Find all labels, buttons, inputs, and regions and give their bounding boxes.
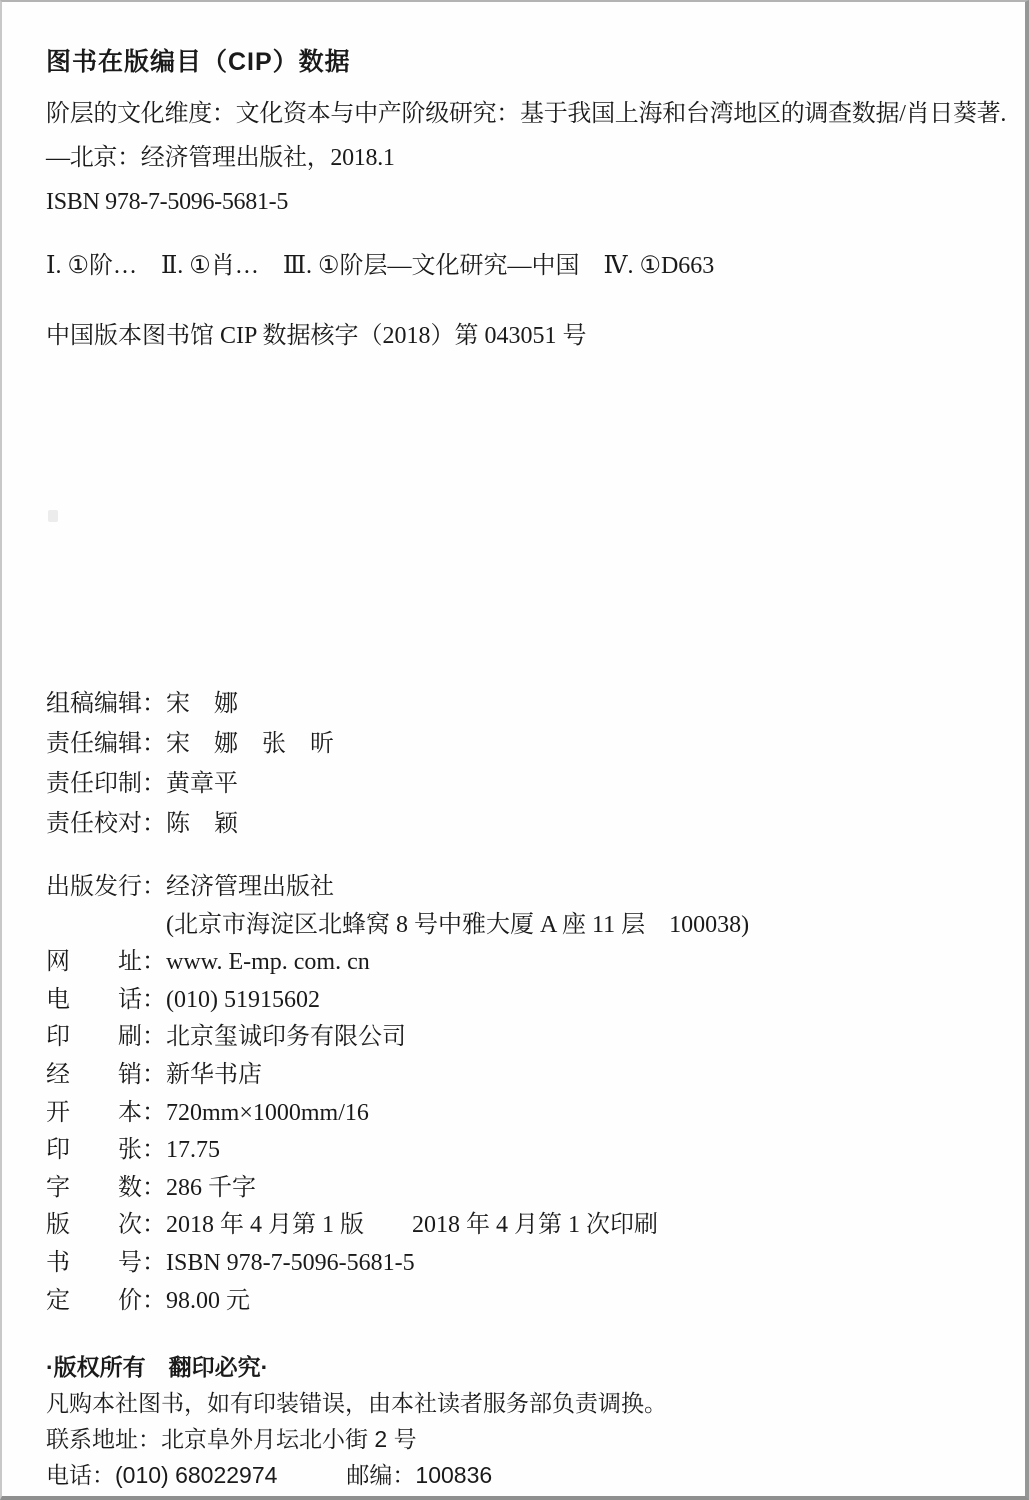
cip-description-line1: 阶层的文化维度：文化资本与中产阶级研究：基于我国上海和台湾地区的调查数据/肖日葵…	[46, 92, 987, 136]
editor-value: 宋 娜	[166, 690, 238, 717]
publication-label: 电 话：	[46, 987, 166, 1013]
publication-value: 经济管理出版社	[166, 874, 334, 900]
publication-value: 北京玺诚印务有限公司	[166, 1024, 406, 1050]
publication-row-publisher-address: (北京市海淀区北蜂窝 8 号中雅大厦 A 座 11 层 100038)	[46, 907, 987, 945]
publication-row-website: 网 址：www. E-mp. com. cn	[46, 944, 987, 982]
scan-artifact-dot	[48, 510, 58, 522]
publication-label: 经 销：	[46, 1062, 166, 1088]
editor-row-proofreader: 责任校对：陈 颖	[46, 804, 987, 844]
editor-value: 陈 颖	[166, 810, 238, 837]
cip-description: 阶层的文化维度：文化资本与中产阶级研究：基于我国上海和台湾地区的调查数据/肖日葵…	[46, 92, 987, 224]
editor-row-responsible-editor: 责任编辑：宋 娜 张 昕	[46, 724, 987, 764]
publication-value: 2018 年 4 月第 1 版 2018 年 4 月第 1 次印刷	[166, 1212, 658, 1238]
publication-label: 出版发行：	[46, 874, 166, 900]
editors-section: 组稿编辑：宋 娜 责任编辑：宋 娜 张 昕 责任印制：黄章平 责任校对：陈 颖	[46, 684, 987, 844]
contact-phone-line: 电话：(010) 68022974 邮编：100836	[46, 1457, 987, 1493]
publication-info-section: 出版发行：经济管理出版社 (北京市海淀区北蜂窝 8 号中雅大厦 A 座 11 层…	[46, 869, 987, 1320]
cip-record-number-line: 中国版本图书馆 CIP 数据核字（2018）第 043051 号	[46, 316, 987, 356]
editor-label: 组稿编辑：	[46, 690, 166, 717]
cip-isbn-line: ISBN 978-7-5096-5681-5	[46, 180, 987, 224]
cip-heading: 图书在版编目（CIP）数据	[46, 47, 987, 77]
contact-address: 联系地址：北京阜外月坛北小街 2 号	[46, 1421, 987, 1457]
publication-row-publisher: 出版发行：经济管理出版社	[46, 869, 987, 907]
publication-row-distributor: 经 销：新华书店	[46, 1057, 987, 1095]
publication-value: 286 千字	[166, 1175, 256, 1201]
publication-label: 字 数：	[46, 1175, 166, 1201]
publication-value: (北京市海淀区北蜂窝 8 号中雅大厦 A 座 11 层 100038)	[46, 912, 749, 938]
publication-value: ISBN 978-7-5096-5681-5	[166, 1250, 415, 1276]
publication-label: 书 号：	[46, 1250, 166, 1276]
publication-label: 版 次：	[46, 1212, 166, 1238]
editor-row-print-supervisor: 责任印制：黄章平	[46, 764, 987, 804]
publication-value: 新华书店	[166, 1062, 262, 1088]
publication-row-phone: 电 话：(010) 51915602	[46, 982, 987, 1020]
cip-description-line2: —北京：经济管理出版社，2018.1	[46, 136, 987, 180]
publication-row-isbn: 书 号：ISBN 978-7-5096-5681-5	[46, 1245, 987, 1283]
publication-value: (010) 51915602	[166, 987, 320, 1013]
publication-row-format: 开 本：720mm×1000mm/16	[46, 1095, 987, 1133]
editor-label: 责任校对：	[46, 810, 166, 837]
publication-row-printer: 印 刷：北京玺诚印务有限公司	[46, 1019, 987, 1057]
cip-classification-line: Ⅰ. ①阶… Ⅱ. ①肖… Ⅲ. ①阶层—文化研究—中国 Ⅳ. ①D663	[46, 246, 987, 286]
copyright-page: 图书在版编目（CIP）数据 阶层的文化维度：文化资本与中产阶级研究：基于我国上海…	[0, 0, 1029, 1500]
publication-value: 17.75	[166, 1137, 220, 1163]
publication-row-price: 定 价：98.00 元	[46, 1283, 987, 1321]
editor-label: 责任编辑：	[46, 730, 166, 757]
publication-label: 印 张：	[46, 1137, 166, 1163]
editor-value: 黄章平	[166, 770, 238, 797]
publication-value: www. E-mp. com. cn	[166, 949, 370, 975]
publication-value: 720mm×1000mm/16	[166, 1100, 369, 1126]
exchange-notice: 凡购本社图书，如有印装错误，由本社读者服务部负责调换。	[46, 1385, 987, 1421]
publication-label: 开 本：	[46, 1100, 166, 1126]
publication-row-edition: 版 次：2018 年 4 月第 1 版 2018 年 4 月第 1 次印刷	[46, 1207, 987, 1245]
editor-row-commissioning: 组稿编辑：宋 娜	[46, 684, 987, 724]
cip-section: 图书在版编目（CIP）数据 阶层的文化维度：文化资本与中产阶级研究：基于我国上海…	[46, 47, 987, 356]
publication-label: 定 价：	[46, 1288, 166, 1314]
publication-label: 印 刷：	[46, 1024, 166, 1050]
publication-label: 网 址：	[46, 949, 166, 975]
copyright-footer-section: ·版权所有 翻印必究· 凡购本社图书，如有印装错误，由本社读者服务部负责调换。 …	[46, 1349, 987, 1493]
publication-row-sheets: 印 张：17.75	[46, 1132, 987, 1170]
editor-value: 宋 娜 张 昕	[166, 730, 334, 757]
publication-value: 98.00 元	[166, 1288, 250, 1314]
editor-label: 责任印制：	[46, 770, 166, 797]
copyright-notice-title: ·版权所有 翻印必究·	[46, 1349, 987, 1385]
publication-row-wordcount: 字 数：286 千字	[46, 1170, 987, 1208]
